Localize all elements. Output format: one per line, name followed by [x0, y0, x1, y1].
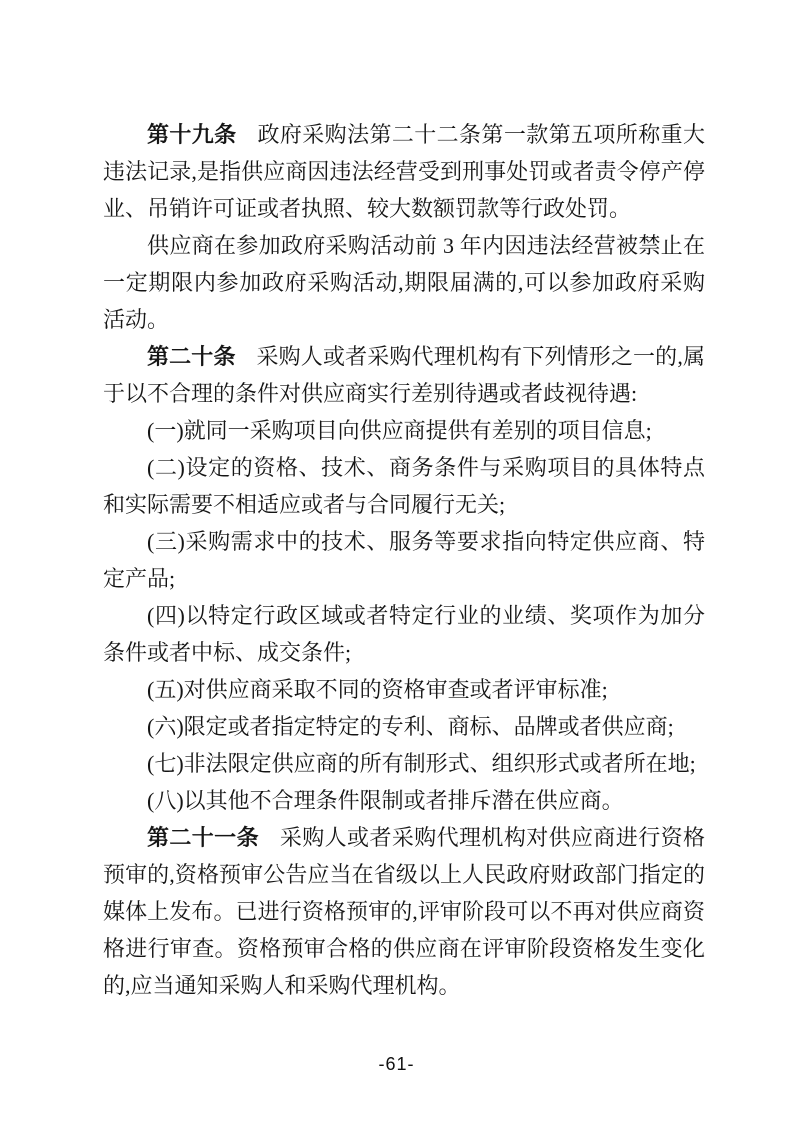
- article-19-paragraph-1: 第十九条政府采购法第二十二条第一款第五项所称重大违法记录,是指供应商因违法经营受…: [103, 116, 705, 227]
- article-20-item-3-text: (三)采购需求中的技术、服务等要求指向特定供应商、特定产品;: [103, 529, 705, 591]
- article-20-item-4-text: (四)以特定行政区域或者特定行业的业绩、奖项作为加分条件或者中标、成交条件;: [103, 603, 705, 665]
- article-20-item-2: (二)设定的资格、技术、商务条件与采购项目的具体特点和实际需要不相适应或者与合同…: [103, 449, 705, 523]
- article-20-paragraph-1: 第二十条采购人或者采购代理机构有下列情形之一的,属于以不合理的条件对供应商实行差…: [103, 338, 705, 412]
- article-20-item-6-text: (六)限定或者指定特定的专利、商标、品牌或者供应商;: [147, 714, 674, 739]
- document-body: 第十九条政府采购法第二十二条第一款第五项所称重大违法记录,是指供应商因违法经营受…: [103, 116, 705, 1004]
- article-20-item-5-text: (五)对供应商采取不同的资格审查或者评审标准;: [147, 677, 608, 702]
- article-20-item-8-text: (八)以其他不合理条件限制或者排斥潜在供应商。: [147, 788, 624, 813]
- article-20-item-1: (一)就同一采购项目向供应商提供有差别的项目信息;: [103, 412, 705, 449]
- document-page: 第十九条政府采购法第二十二条第一款第五项所称重大违法记录,是指供应商因违法经营受…: [0, 0, 793, 1122]
- article-20-number: 第二十条: [147, 344, 236, 369]
- article-20-item-8: (八)以其他不合理条件限制或者排斥潜在供应商。: [103, 782, 705, 819]
- article-21-number: 第二十一条: [147, 825, 259, 850]
- article-19-paragraph-2-text: 供应商在参加政府采购活动前 3 年内因违法经营被禁止在一定期限内参加政府采购活动…: [103, 233, 705, 332]
- article-21-paragraph-1: 第二十一条采购人或者采购代理机构对供应商进行资格预审的,资格预审公告应当在省级以…: [103, 819, 705, 1004]
- article-20-item-5: (五)对供应商采取不同的资格审查或者评审标准;: [103, 671, 705, 708]
- article-19-number: 第十九条: [147, 122, 237, 147]
- article-20-item-7: (七)非法限定供应商的所有制形式、组织形式或者所在地;: [103, 745, 705, 782]
- article-20-item-4: (四)以特定行政区域或者特定行业的业绩、奖项作为加分条件或者中标、成交条件;: [103, 597, 705, 671]
- article-19-paragraph-2: 供应商在参加政府采购活动前 3 年内因违法经营被禁止在一定期限内参加政府采购活动…: [103, 227, 705, 338]
- article-20-item-2-text: (二)设定的资格、技术、商务条件与采购项目的具体特点和实际需要不相适应或者与合同…: [103, 455, 705, 517]
- article-21-text: 采购人或者采购代理机构对供应商进行资格预审的,资格预审公告应当在省级以上人民政府…: [103, 825, 705, 998]
- page-number: -61-: [0, 1054, 793, 1075]
- article-20-item-6: (六)限定或者指定特定的专利、商标、品牌或者供应商;: [103, 708, 705, 745]
- article-20-item-1-text: (一)就同一采购项目向供应商提供有差别的项目信息;: [147, 418, 652, 443]
- article-20-item-3: (三)采购需求中的技术、服务等要求指向特定供应商、特定产品;: [103, 523, 705, 597]
- article-20-item-7-text: (七)非法限定供应商的所有制形式、组织形式或者所在地;: [147, 751, 696, 776]
